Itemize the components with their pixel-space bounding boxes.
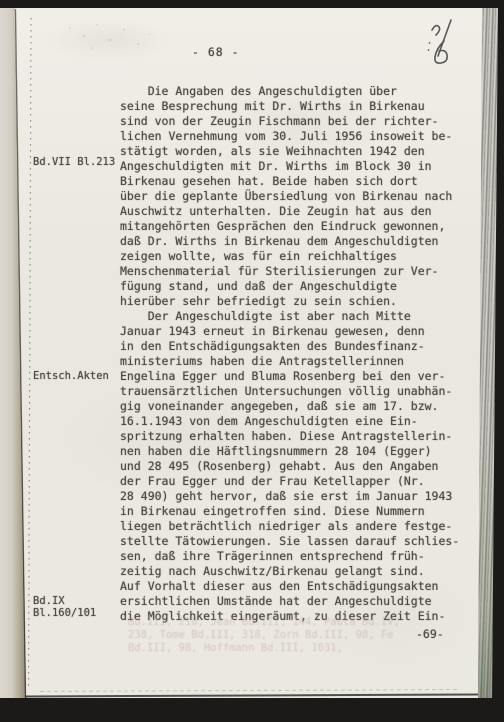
text-line: Birkenau gesehen hat. Beide haben sich d… <box>120 174 459 189</box>
text-line: sind von der Zeugin Fischmann bei der ri… <box>120 114 459 129</box>
text-line: Der Angeschuldigte ist aber nach Mitte <box>120 309 459 324</box>
text-line: trauensärztlichen Untersuchungen völlig … <box>120 384 459 399</box>
margin-note-bd-vii: Bd.VII Bl.213 <box>33 156 115 168</box>
margin-note-entsch-akten: Entsch.Akten <box>33 370 109 382</box>
ghost-text-line: 238, Tome Bd.III, 318, Zorn Bd.III, 98, … <box>128 629 400 642</box>
text-line: in den Entschädigungsakten des Bundesfin… <box>120 339 459 354</box>
footer-catchword: -69- <box>416 627 444 641</box>
text-line: Auf Vorhalt dieser aus den Entschädigung… <box>120 579 459 594</box>
ghost-text-line: Bd.III, 218, Jean Bd.III, 144, Paula Bd.… <box>128 616 400 629</box>
text-line: Januar 1943 erneut in Birkenau gewesen, … <box>120 324 459 339</box>
text-line: 16.1.1943 von dem Angeschuldigten eine E… <box>120 414 459 429</box>
text-line: Engelina Egger und Bluma Rosenberg bei d… <box>120 369 459 384</box>
text-line: seine Besprechung mit Dr. Wirths in Birk… <box>120 99 459 114</box>
text-line: ministeriums haben die Antragstellerinne… <box>120 354 459 369</box>
text-line: ersichtlichen Umstände hat der Angeschul… <box>120 594 459 609</box>
margin-note-blatt-160-101: Bl.160/101 <box>33 607 96 619</box>
text-line: stellte Tätowierungen. Sie lassen darauf… <box>120 534 459 549</box>
text-line: sen, daß ihre Trägerinnen entsprechend f… <box>120 549 459 564</box>
ghost-text-line: Bd.III, 98, Hoffmann Bd.III, 1031, <box>128 642 400 655</box>
page-number: - 68 - <box>192 45 240 59</box>
text-line: daß Dr. Wirths in Birkenau dem Angeschul… <box>120 234 459 249</box>
text-line: zeigen wollte, was für ein reichhaltiges <box>120 249 459 264</box>
text-line: Auschwitz unterhalten. Die Zeugin hat au… <box>120 204 459 219</box>
bleed-through-text: Bd.III, 218, Jean Bd.III, 144, Paula Bd.… <box>128 616 400 655</box>
text-line: 28 490) geht hervor, daß sie erst im Jan… <box>120 489 459 504</box>
text-line: stätigt worden, als sie Weihnachten 1942… <box>120 144 459 159</box>
text-line: Angeschuldigten mit Dr. Wirths im Block … <box>120 159 459 174</box>
text-line: und 28 495 (Rosenberg) gehabt. Aus den A… <box>120 459 459 474</box>
text-line: spritzung erhalten haben. Diese Antragst… <box>120 429 459 444</box>
text-line: über die geplante Übersiedlung von Birke… <box>120 189 459 204</box>
text-line: mitangehörten Gesprächen den Eindruck ge… <box>120 219 459 234</box>
text-line: der Frau Egger und der Frau Ketellapper … <box>120 474 459 489</box>
scanned-document-photo: - 68 - Die Angaben des Angeschuldigten ü… <box>0 0 504 722</box>
margin-note-bd-ix: Bd.IX <box>33 595 65 607</box>
body-text: Die Angaben des Angeschuldigten übersein… <box>120 84 459 624</box>
text-line: liegen beträchtlich niedriger als andere… <box>120 519 459 534</box>
text-line: hierüber sehr befriedigt zu sein schien. <box>120 294 459 309</box>
text-line: Menschenmaterial für Sterilisierungen zu… <box>120 264 459 279</box>
text-line: Die Angaben des Angeschuldigten über <box>120 84 459 99</box>
text-line: fügung stand, und daß der Angeschuldigte <box>120 279 459 294</box>
text-line: zeitig nach Auschwitz/Birkenau gelangt s… <box>120 564 459 579</box>
text-line: nen haben die Häftlingsnummern 28 104 (E… <box>120 444 459 459</box>
text-line: in Birkenau eingetroffen sind. Diese Num… <box>120 504 459 519</box>
text-line: gig voneinander angegeben, daß sie am 17… <box>120 399 459 414</box>
text-line: lichen Vernehmung vom 30. Juli 1956 inso… <box>120 129 459 144</box>
